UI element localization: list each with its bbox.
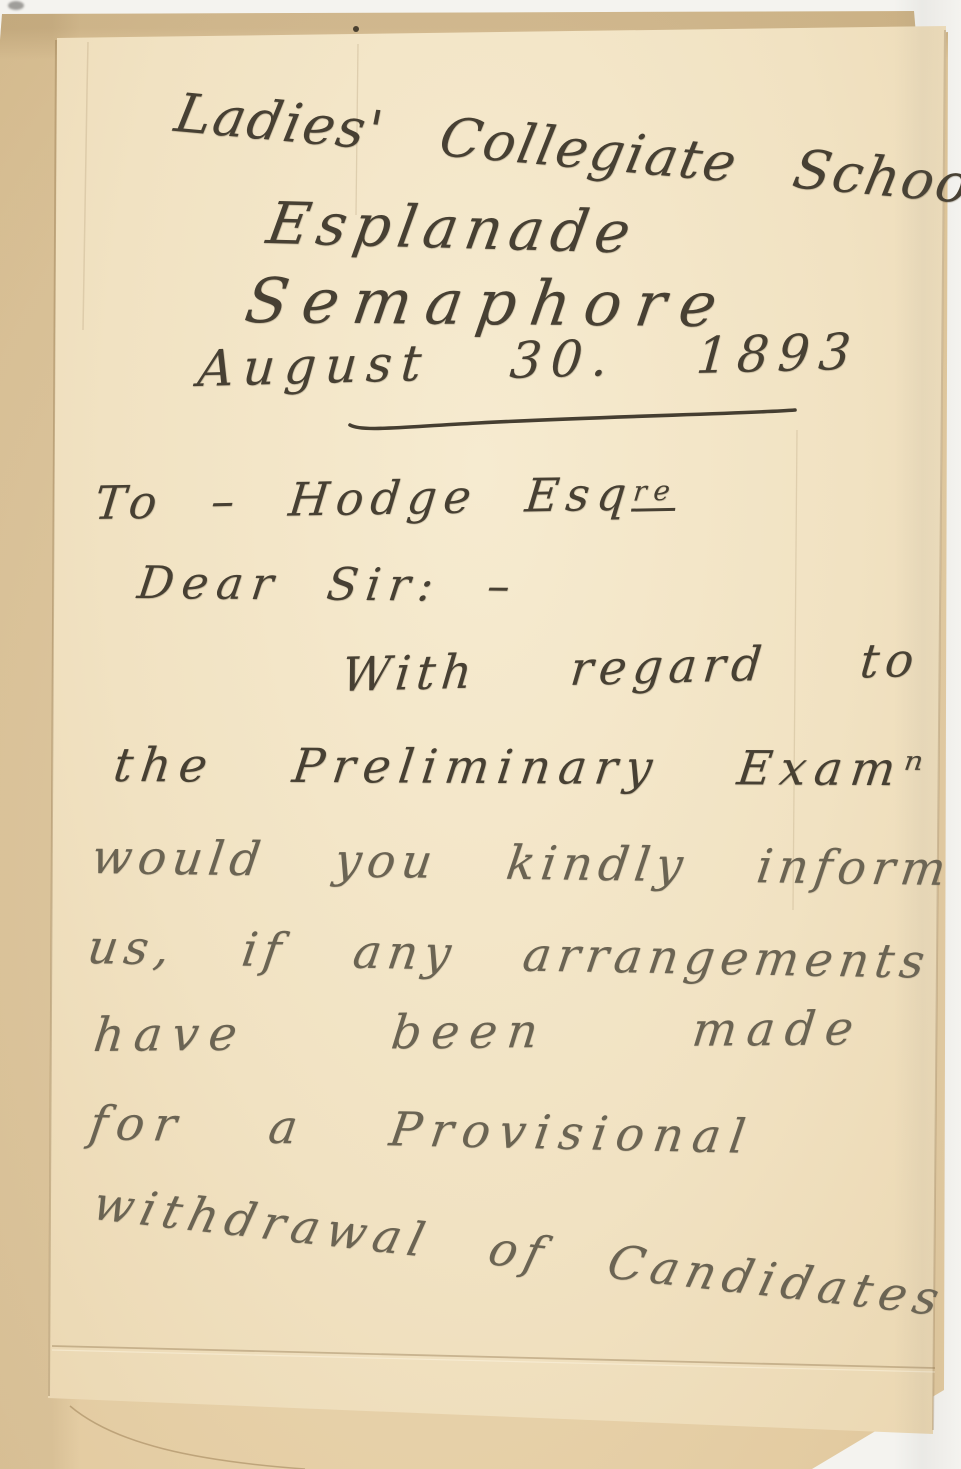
scanned-letter-page: Ladies' Collegiate School Esplanade Sema… bbox=[0, 0, 961, 1469]
body-line: have been made bbox=[91, 1005, 865, 1059]
letterhead-address-line: Esplanade bbox=[263, 194, 641, 261]
body-line: for a Provisional bbox=[87, 1100, 757, 1161]
salutation: Dear Sir: – bbox=[135, 560, 521, 608]
scan-smudge bbox=[8, 1, 24, 10]
body-line: would you kindly inform bbox=[89, 834, 955, 893]
body-line: the Preliminary Examⁿ bbox=[111, 742, 933, 793]
ink-speck bbox=[353, 26, 359, 32]
recipient-line: To – Hodge Esqre bbox=[93, 470, 680, 526]
recipient-superscript: re bbox=[631, 473, 678, 511]
letterhead-locality: Semaphore bbox=[241, 270, 734, 336]
body-line: With regard to bbox=[340, 637, 922, 699]
recipient-main: To – Hodge Esq bbox=[92, 467, 636, 531]
body-line: us, if any arrangements bbox=[85, 924, 934, 986]
